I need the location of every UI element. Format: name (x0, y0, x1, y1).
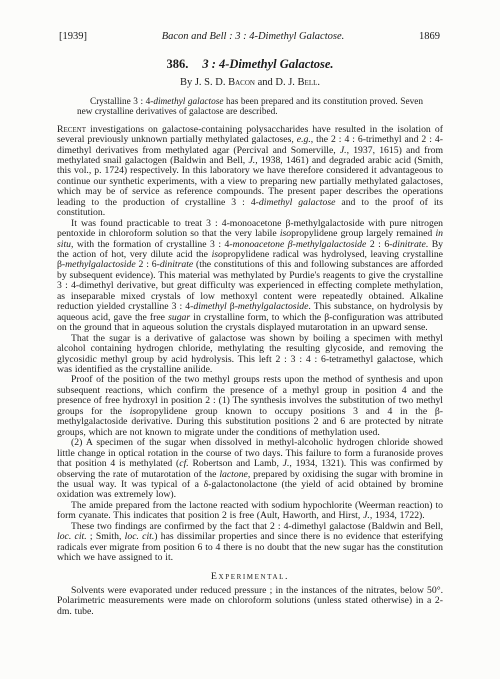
experimental-heading: Experimental. (57, 571, 443, 582)
article-title-line: 386.3 : 4-Dimethyl Galactose. (0, 57, 500, 71)
paragraph-2: It was found practicable to treat 3 : 4-… (57, 219, 443, 334)
issue-year: [1939] (59, 31, 87, 43)
page-header: [1939] Bacon and Bell : 3 : 4-Dimethyl G… (59, 31, 440, 43)
journal-page: [1939] Bacon and Bell : 3 : 4-Dimethyl G… (0, 0, 500, 679)
article-title: 3 : 4-Dimethyl Galactose. (202, 57, 333, 71)
page-number: 1869 (419, 31, 440, 43)
article-body: Recent investigations on galactose-conta… (57, 125, 443, 617)
article-number: 386. (166, 57, 188, 71)
paragraph-6: The amide prepared from the lactone reac… (57, 501, 443, 522)
byline: By J. S. D. Bacon and D. J. Bell. (0, 77, 500, 89)
abstract: Crystalline 3 : 4-dimethyl galactose has… (77, 97, 423, 118)
paragraph-8: Solvents were evaporated under reduced p… (57, 586, 443, 617)
running-title: Bacon and Bell : 3 : 4-Dimethyl Galactos… (87, 31, 419, 43)
paragraph-5: (2) A specimen of the sugar when dissolv… (57, 438, 443, 501)
paragraph-4: Proof of the position of the two methyl … (57, 375, 443, 438)
paragraph-7: These two findings are confirmed by the … (57, 522, 443, 564)
paragraph-3: That the sugar is a derivative of galact… (57, 334, 443, 376)
paragraph-1: Recent investigations on galactose-conta… (57, 125, 443, 219)
